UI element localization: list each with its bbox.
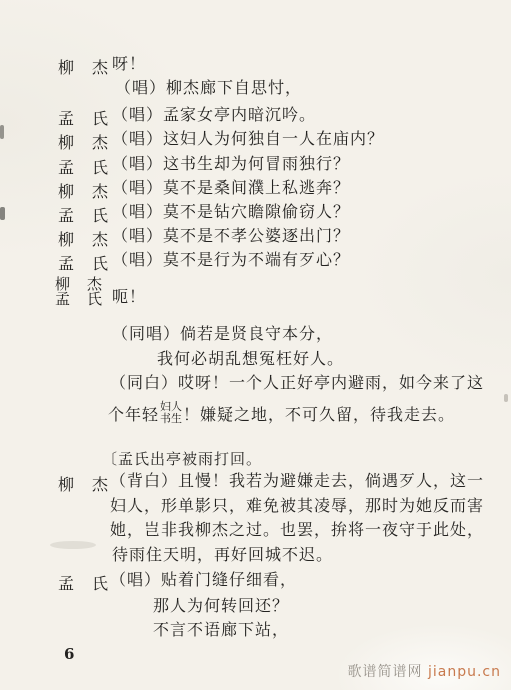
dialogue-line: 那人为何转回还？ bbox=[153, 597, 289, 615]
dialogue-line: （唱）这书生却为何冒雨独行？ bbox=[112, 155, 350, 173]
scanned-script-page: 柳 杰 呀！ （唱）柳杰廊下自思忖， 孟 氏 （唱）孟家女亭内暗沉吟。 柳 杰 … bbox=[0, 0, 511, 690]
speaker-name: 柳 杰 bbox=[58, 227, 109, 250]
dialogue-line: 个年轻 妇人 书生 ！嫌疑之地，不可久留，待我走去。 bbox=[108, 399, 455, 427]
speaker-name: 孟 氏 bbox=[55, 292, 103, 307]
speaker-name: 孟 氏 bbox=[58, 106, 109, 129]
scan-smudge bbox=[0, 125, 4, 139]
dialogue-line: 不言不语廊下站， bbox=[153, 621, 289, 639]
dialogue-line: （背白）且慢！我若为避嫌走去，倘遇歹人，这一 bbox=[110, 472, 484, 490]
dialogue-line: 呀！ bbox=[112, 55, 146, 73]
dialogue-line: 呃！ bbox=[112, 288, 146, 306]
scan-smudge bbox=[0, 207, 5, 220]
speaker-name: 柳 杰 bbox=[58, 130, 109, 153]
dialogue-line: （同白）哎呀！一个人正好亭内避雨，如今来了这 bbox=[110, 374, 484, 392]
dialogue-line: 待雨住天明，再好回城不迟。 bbox=[112, 546, 333, 564]
dialogue-line: （唱）莫不是行为不端有歹心？ bbox=[112, 251, 350, 269]
dialogue-line: （唱）莫不是不孝公婆逐出门？ bbox=[112, 227, 350, 245]
speaker-name: 孟 氏 bbox=[58, 251, 109, 274]
speaker-name: 孟 氏 bbox=[58, 203, 109, 226]
stage-direction: 〔孟氏出亭被雨打回。 bbox=[102, 448, 262, 469]
watermark: 歌谱简谱网 jianpu.cn bbox=[348, 661, 501, 681]
wrap-suffix: ！嫌疑之地，不可久留，待我走去。 bbox=[183, 402, 455, 425]
speaker-name: 柳 杰 bbox=[58, 179, 109, 202]
speaker-name: 孟 氏 bbox=[58, 571, 109, 594]
dialogue-line: （唱）孟家女亭内暗沉吟。 bbox=[112, 106, 316, 124]
watermark-site-url: jianpu.cn bbox=[428, 664, 501, 680]
stacked-word-bottom: 书生 bbox=[160, 413, 182, 425]
dialogue-line: 她，岂非我柳杰之过。也罢，拚将一夜守于此处， bbox=[110, 521, 484, 539]
dialogue-line: （唱）贴着门缝仔细看， bbox=[110, 571, 297, 589]
dialogue-line: （唱）莫不是桑间濮上私逃奔？ bbox=[112, 179, 350, 197]
dialogue-line: （同唱）倘若是贤良守本分， bbox=[112, 325, 333, 343]
dialogue-line: （唱）莫不是钻穴瞻隙偷窃人？ bbox=[112, 203, 350, 221]
inline-word-stack: 妇人 书生 bbox=[160, 401, 182, 425]
dialogue-line: 我何必胡乱想冤枉好人。 bbox=[157, 350, 344, 368]
speaker-name: 柳 杰 bbox=[58, 472, 109, 495]
scan-smudge bbox=[50, 541, 96, 549]
page-number: 6 bbox=[64, 645, 74, 663]
dialogue-line: （唱）柳杰廊下自思忖， bbox=[115, 79, 302, 97]
dialogue-line: 妇人，形单影只，难免被其凌辱，那时为她反而害 bbox=[110, 497, 484, 515]
watermark-site-name: 歌谱简谱网 bbox=[348, 664, 423, 680]
wrap-prefix: 个年轻 bbox=[108, 402, 159, 425]
duet-speaker-stack: 柳 杰 孟 氏 bbox=[55, 277, 103, 307]
speaker-name: 柳 杰 bbox=[58, 55, 109, 78]
dialogue-line: （唱）这妇人为何独自一人在庙内？ bbox=[112, 130, 384, 148]
scan-smudge bbox=[504, 394, 508, 402]
speaker-name: 孟 氏 bbox=[58, 155, 109, 178]
